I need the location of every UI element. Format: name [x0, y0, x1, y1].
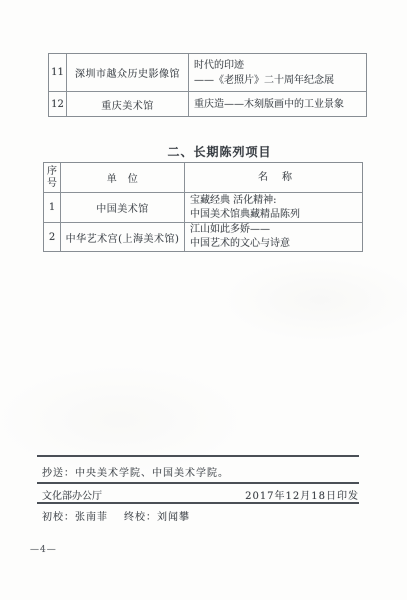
cell-unit: 中华艺术宫(上海美术馆) — [61, 223, 185, 251]
footer-divider — [37, 502, 359, 504]
footer-divider — [37, 455, 359, 457]
issuer-office: 文化部办公厅 — [42, 487, 102, 502]
cell-row-number: 2 — [44, 223, 61, 251]
header-cell-name: 名 称 — [185, 163, 362, 192]
exhibition-table-longterm: 序 号 单 位 名 称 1 中国美术馆 宝藏经典 活化精神: 中国美术馆典藏精品… — [43, 162, 363, 252]
cell-unit: 中国美术馆 — [61, 193, 185, 222]
cell-unit: 重庆美术馆 — [67, 92, 189, 116]
cell-row-number: 12 — [49, 92, 67, 116]
exhibition-table-top: 11 深圳市越众历史影像馆 时代的印迹 ——《老照片》二十周年纪念展 12 重庆… — [48, 53, 367, 117]
cell-row-number: 11 — [49, 54, 67, 91]
name-line: ——《老照片》二十周年纪念展 — [194, 73, 334, 88]
cell-row-number: 1 — [44, 193, 61, 222]
name-line: 时代的印迹 — [194, 58, 244, 73]
header-no-char: 序 — [47, 166, 57, 178]
header-cell-unit: 单 位 — [61, 163, 185, 192]
table-row: 11 深圳市越众历史影像馆 时代的印迹 ——《老照片》二十周年纪念展 — [49, 54, 366, 91]
cell-unit: 深圳市越众历史影像馆 — [67, 54, 189, 91]
name-line: 宝藏经典 活化精神: — [190, 194, 277, 208]
cell-name: 宝藏经典 活化精神: 中国美术馆典藏精品陈列 — [185, 193, 362, 222]
name-line: 江山如此多娇—— — [190, 223, 270, 237]
copy-to-line: 抄送：中央美术学院、中国美术学院。 — [42, 464, 229, 479]
table-header-row: 序 号 单 位 名 称 — [44, 163, 362, 192]
cell-name: 重庆造——木刻版画中的工业景象 — [189, 92, 366, 116]
footer-divider — [37, 482, 359, 484]
header-no-char: 号 — [47, 178, 57, 190]
final-proofreader: 终校：刘闻攀 — [124, 512, 190, 523]
issuer-line: 文化部办公厅 2017年12月18日印发 — [42, 487, 359, 502]
name-line: 中国艺术的文心与诗意 — [190, 237, 290, 251]
name-line: 中国美术馆典藏精品陈列 — [190, 208, 300, 222]
proofreaders-line: 初校：张南菲终校：刘闻攀 — [42, 508, 190, 523]
print-date: 2017年12月18日印发 — [245, 487, 359, 502]
section-heading: 二、长期陈列项目 — [16, 143, 407, 160]
table-row: 12 重庆美术馆 重庆造——木刻版画中的工业景象 — [49, 91, 366, 116]
name-line: 重庆造——木刻版画中的工业景象 — [194, 97, 344, 112]
table-row: 2 中华艺术宫(上海美术馆) 江山如此多娇—— 中国艺术的文心与诗意 — [44, 222, 362, 251]
first-proofreader: 初校：张南菲 — [42, 512, 108, 523]
header-cell-no: 序 号 — [44, 163, 61, 192]
page-number: —4— — [30, 545, 57, 555]
cell-name: 江山如此多娇—— 中国艺术的文心与诗意 — [185, 223, 362, 251]
table-row: 1 中国美术馆 宝藏经典 活化精神: 中国美术馆典藏精品陈列 — [44, 192, 362, 222]
document-page: 11 深圳市越众历史影像馆 时代的印迹 ——《老照片》二十周年纪念展 12 重庆… — [0, 0, 407, 600]
cell-name: 时代的印迹 ——《老照片》二十周年纪念展 — [189, 54, 366, 91]
